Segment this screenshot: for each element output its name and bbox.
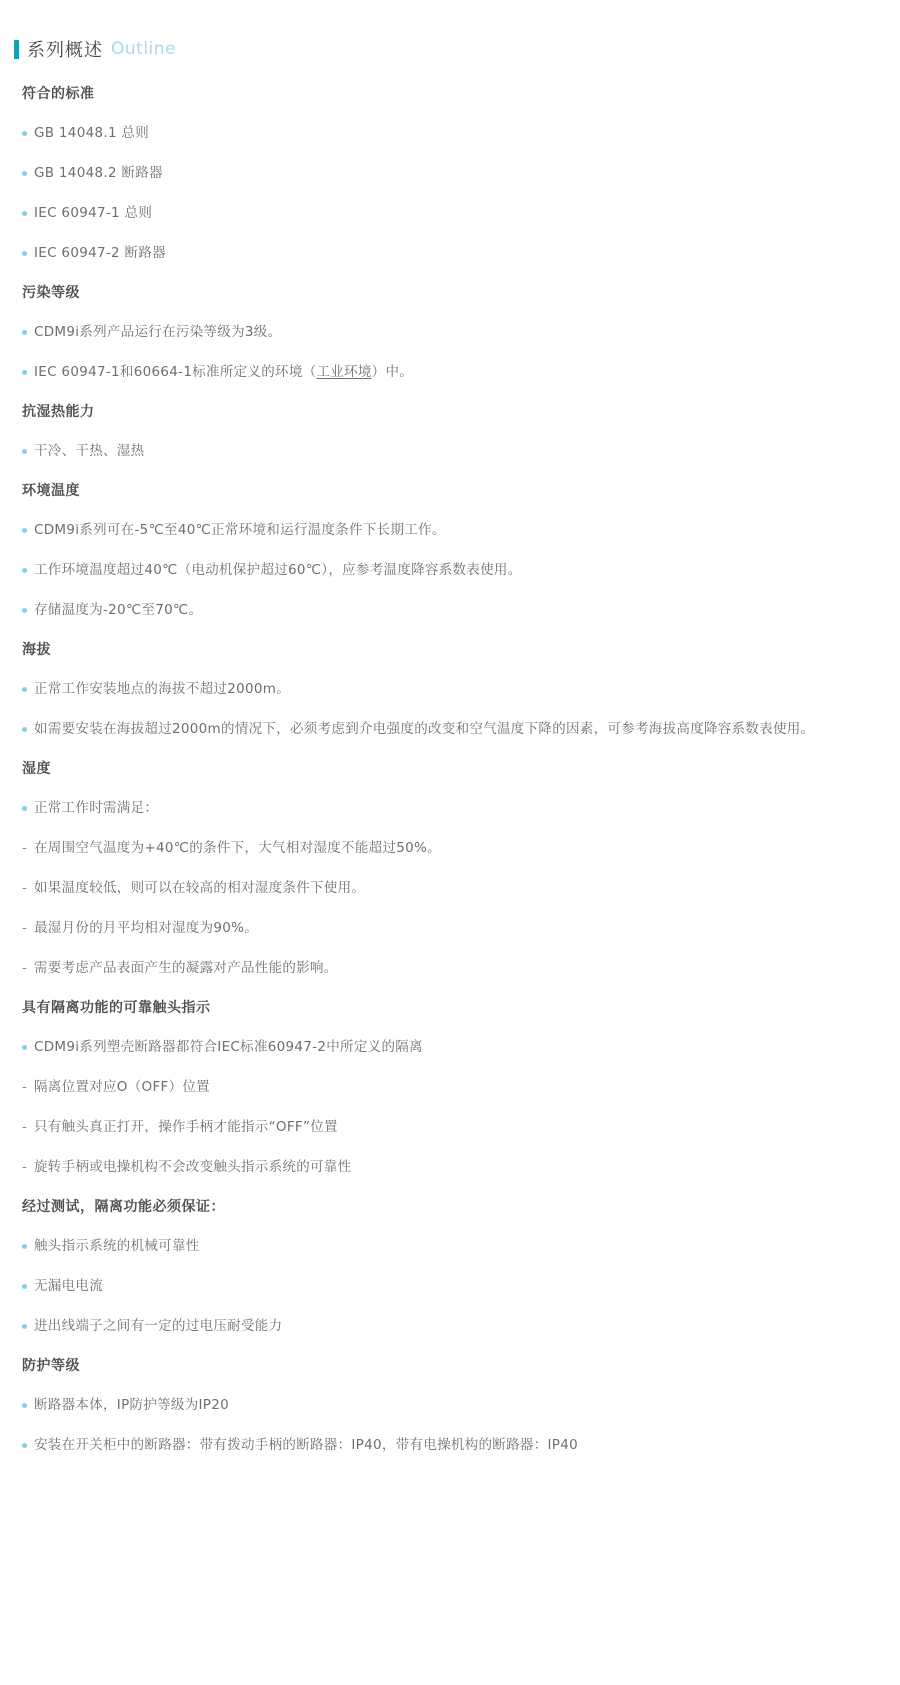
list-item: CDM9i系列塑壳断路器都符合IEC标准60947-2中所定义的隔离 [22, 1040, 880, 1055]
bullet-dot-icon [22, 727, 27, 732]
dash-icon: - [22, 1160, 30, 1175]
section-heading: 海拔 [22, 643, 880, 657]
page-title: 系列概述 [27, 36, 103, 62]
item-text: 存储温度为-20℃至70℃。 [34, 603, 202, 618]
item-text: 断路器本体，IP防护等级为IP20 [34, 1398, 229, 1413]
section-heading: 符合的标准 [22, 87, 880, 101]
list-item: -在周围空气温度为+40℃的条件下，大气相对湿度不能超过50%。 [22, 841, 880, 856]
item-text: GB 14048.1 总则 [34, 126, 149, 141]
list-item: 干冷、干热、湿热 [22, 444, 880, 459]
underlined-text: 工业环境 [316, 364, 371, 380]
item-text: 工作环境温度超过40℃（电动机保护超过60℃），应参考温度降容系数表使用。 [34, 563, 522, 578]
list-item: 存储温度为-20℃至70℃。 [22, 603, 880, 618]
item-text: 进出线端子之间有一定的过电压耐受能力 [34, 1319, 282, 1334]
section-0: 符合的标准GB 14048.1 总则GB 14048.2 断路器IEC 6094… [22, 87, 880, 261]
section-2: 抗湿热能力干冷、干热、湿热 [22, 405, 880, 459]
item-text: IEC 60947-2 断路器 [34, 246, 166, 261]
list-item: IEC 60947-1 总则 [22, 206, 880, 221]
list-item: 正常工作时需满足： [22, 801, 880, 816]
section-heading: 湿度 [22, 762, 880, 776]
title-accent-bar-icon [14, 40, 19, 59]
list-item: 安装在开关柜中的断路器：带有拨动手柄的断路器：IP40，带有电操机构的断路器：I… [22, 1438, 880, 1453]
bullet-dot-icon [22, 1403, 27, 1408]
dash-icon: - [22, 841, 30, 856]
dash-icon: - [22, 1080, 30, 1095]
item-text: 正常工作时需满足： [34, 801, 158, 816]
page-header: 系列概述 Outline [14, 36, 880, 62]
bullet-dot-icon [22, 171, 27, 176]
item-text: IEC 60947-1和60664-1标准所定义的环境（工业环境）中。 [34, 365, 413, 380]
bullet-dot-icon [22, 251, 27, 256]
section-6: 具有隔离功能的可靠触头指示CDM9i系列塑壳断路器都符合IEC标准60947-2… [22, 1001, 880, 1175]
item-text: 旋转手柄或电操机构不会改变触头指示系统的可靠性 [34, 1160, 351, 1175]
dash-icon: - [22, 1120, 30, 1135]
section-heading: 具有隔离功能的可靠触头指示 [22, 1001, 880, 1015]
bullet-dot-icon [22, 608, 27, 613]
section-7: 经过测试，隔离功能必须保证：触头指示系统的机械可靠性无漏电电流进出线端子之间有一… [22, 1200, 880, 1334]
bullet-dot-icon [22, 330, 27, 335]
list-item: 断路器本体，IP防护等级为IP20 [22, 1398, 880, 1413]
section-heading: 污染等级 [22, 286, 880, 300]
item-text: CDM9i系列可在-5℃至40℃正常环境和运行温度条件下长期工作。 [34, 523, 446, 538]
list-item: 如需要安装在海拔超过2000m的情况下，必须考虑到介电强度的改变和空气温度下降的… [22, 722, 880, 737]
item-text: 如果温度较低，则可以在较高的相对湿度条件下使用。 [34, 881, 365, 896]
dash-icon: - [22, 921, 30, 936]
item-text: 需要考虑产品表面产生的凝露对产品性能的影响。 [34, 961, 338, 976]
item-text: 最湿月份的月平均相对湿度为90%。 [34, 921, 258, 936]
item-text: 在周围空气温度为+40℃的条件下，大气相对湿度不能超过50%。 [34, 841, 441, 856]
list-item: 触头指示系统的机械可靠性 [22, 1239, 880, 1254]
bullet-dot-icon [22, 1045, 27, 1050]
sections-container: 符合的标准GB 14048.1 总则GB 14048.2 断路器IEC 6094… [14, 87, 880, 1453]
page-subtitle: Outline [111, 39, 176, 59]
item-text: CDM9i系列产品运行在污染等级为3级。 [34, 325, 281, 340]
list-item: CDM9i系列产品运行在污染等级为3级。 [22, 325, 880, 340]
bullet-dot-icon [22, 370, 27, 375]
list-item: -如果温度较低，则可以在较高的相对湿度条件下使用。 [22, 881, 880, 896]
item-text: IEC 60947-1 总则 [34, 206, 152, 221]
dash-icon: - [22, 961, 30, 976]
list-item: IEC 60947-1和60664-1标准所定义的环境（工业环境）中。 [22, 365, 880, 380]
item-text: 如需要安装在海拔超过2000m的情况下，必须考虑到介电强度的改变和空气温度下降的… [34, 722, 814, 737]
list-item: CDM9i系列可在-5℃至40℃正常环境和运行温度条件下长期工作。 [22, 523, 880, 538]
list-item: -旋转手柄或电操机构不会改变触头指示系统的可靠性 [22, 1160, 880, 1175]
item-text: 安装在开关柜中的断路器：带有拨动手柄的断路器：IP40，带有电操机构的断路器：I… [34, 1438, 578, 1453]
bullet-dot-icon [22, 528, 27, 533]
section-heading: 防护等级 [22, 1359, 880, 1373]
item-text: GB 14048.2 断路器 [34, 166, 163, 181]
item-text: 触头指示系统的机械可靠性 [34, 1239, 200, 1254]
section-8: 防护等级断路器本体，IP防护等级为IP20安装在开关柜中的断路器：带有拨动手柄的… [22, 1359, 880, 1453]
list-item: -隔离位置对应O（OFF）位置 [22, 1080, 880, 1095]
bullet-dot-icon [22, 1284, 27, 1289]
bullet-dot-icon [22, 1324, 27, 1329]
item-text: 只有触头真正打开，操作手柄才能指示“OFF”位置 [34, 1120, 338, 1135]
section-3: 环境温度CDM9i系列可在-5℃至40℃正常环境和运行温度条件下长期工作。工作环… [22, 484, 880, 618]
item-text: 正常工作安装地点的海拔不超过2000m。 [34, 682, 290, 697]
bullet-dot-icon [22, 568, 27, 573]
list-item: 正常工作安装地点的海拔不超过2000m。 [22, 682, 880, 697]
item-text: 无漏电电流 [34, 1279, 103, 1294]
list-item: GB 14048.1 总则 [22, 126, 880, 141]
section-heading: 经过测试，隔离功能必须保证： [22, 1200, 880, 1214]
section-5: 湿度正常工作时需满足：-在周围空气温度为+40℃的条件下，大气相对湿度不能超过5… [22, 762, 880, 976]
list-item: GB 14048.2 断路器 [22, 166, 880, 181]
list-item: IEC 60947-2 断路器 [22, 246, 880, 261]
list-item: -需要考虑产品表面产生的凝露对产品性能的影响。 [22, 961, 880, 976]
bullet-dot-icon [22, 211, 27, 216]
bullet-dot-icon [22, 687, 27, 692]
bullet-dot-icon [22, 131, 27, 136]
section-heading: 环境温度 [22, 484, 880, 498]
bullet-dot-icon [22, 1244, 27, 1249]
bullet-dot-icon [22, 1443, 27, 1448]
bullet-dot-icon [22, 449, 27, 454]
section-heading: 抗湿热能力 [22, 405, 880, 419]
dash-icon: - [22, 881, 30, 896]
list-item: -只有触头真正打开，操作手柄才能指示“OFF”位置 [22, 1120, 880, 1135]
item-text: CDM9i系列塑壳断路器都符合IEC标准60947-2中所定义的隔离 [34, 1040, 423, 1055]
item-text: 干冷、干热、湿热 [34, 444, 144, 459]
list-item: 进出线端子之间有一定的过电压耐受能力 [22, 1319, 880, 1334]
item-text: 隔离位置对应O（OFF）位置 [34, 1080, 210, 1095]
section-1: 污染等级CDM9i系列产品运行在污染等级为3级。IEC 60947-1和6066… [22, 286, 880, 380]
list-item: -最湿月份的月平均相对湿度为90%。 [22, 921, 880, 936]
section-4: 海拔正常工作安装地点的海拔不超过2000m。如需要安装在海拔超过2000m的情况… [22, 643, 880, 737]
list-item: 无漏电电流 [22, 1279, 880, 1294]
document-page: 系列概述 Outline 符合的标准GB 14048.1 总则GB 14048.… [0, 0, 900, 1538]
bullet-dot-icon [22, 806, 27, 811]
list-item: 工作环境温度超过40℃（电动机保护超过60℃），应参考温度降容系数表使用。 [22, 563, 880, 578]
